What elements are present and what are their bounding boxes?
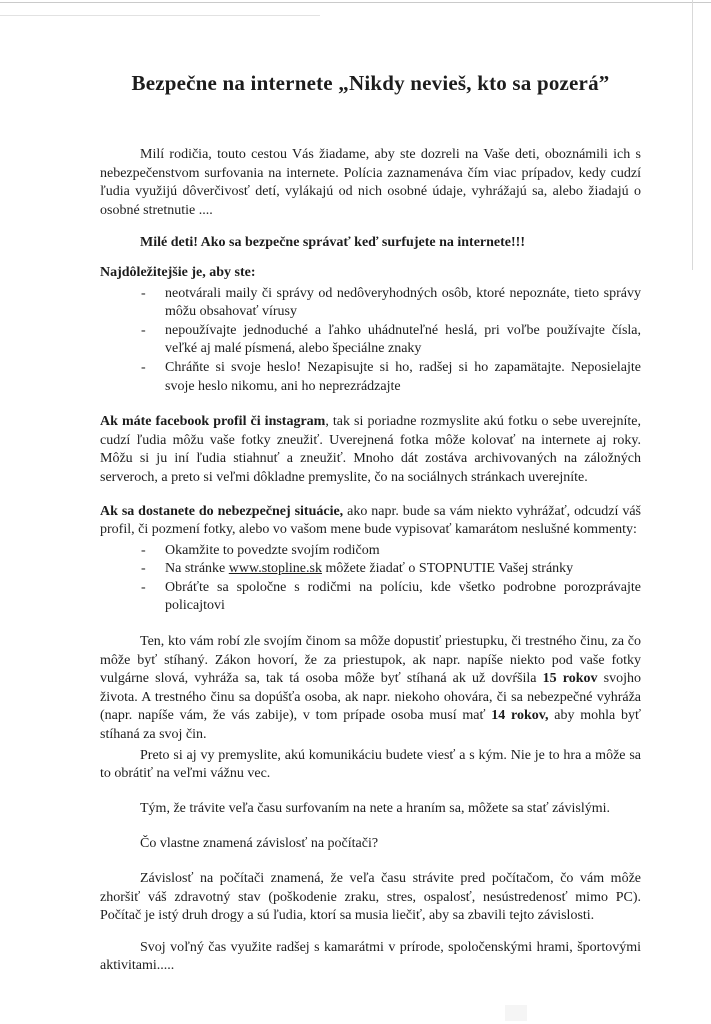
document-content: Bezpečne na internete „Nikdy nevieš, kto… — [100, 0, 641, 976]
danger-lead-bold: Ak sa dostanete do nebezpečnej situácie, — [100, 504, 343, 519]
facebook-lead-bold: Ak máte facebook profil či instagram — [100, 414, 325, 429]
danger-steps-list: Okamžite to povedzte svojím rodičom Na s… — [100, 542, 641, 616]
heading-most-important: Najdôležitejšie je, aby ste: — [100, 264, 641, 283]
list-item: Chráňte si svoje heslo! Nezapisujte si h… — [165, 359, 641, 396]
list-item: Obráťte sa spoločne s rodičmi na políciu… — [165, 579, 641, 616]
list-item: nepoužívajte jednoduché a ľahko uhádnute… — [165, 322, 641, 359]
step2-pre: Na stránke — [165, 561, 229, 576]
safety-tips-list: neotvárali maily či správy od nedôveryho… — [100, 285, 641, 397]
paragraph-think-communication: Preto si aj vy premyslite, akú komunikác… — [100, 747, 641, 784]
stopline-link[interactable]: www.stopline.sk — [229, 561, 322, 576]
list-item: neotvárali maily či správy od nedôveryho… — [165, 285, 641, 322]
paragraph-kids-callout: Milé deti! Ako sa bezpečne správať keď s… — [100, 234, 641, 253]
paragraph-addiction-question: Čo vlastne znamená závislosť na počítači… — [100, 835, 641, 854]
law-age-14-bold: 14 rokov, — [491, 708, 548, 723]
scan-artifact-smudge — [505, 1005, 527, 1021]
paragraph-law: Ten, kto vám robí zle svojím činom sa mô… — [100, 633, 641, 745]
paragraph-addiction-definition: Závislosť na počítači znamená, že veľa č… — [100, 870, 641, 926]
paragraph-free-time: Svoj voľný čas využite radšej s kamarátm… — [100, 939, 641, 976]
list-item: Na stránke www.stopline.sk môžete žiadať… — [165, 560, 641, 579]
paragraph-danger-situation: Ak sa dostanete do nebezpečnej situácie,… — [100, 503, 641, 540]
list-item: Okamžite to povedzte svojím rodičom — [165, 542, 641, 561]
step2-post: môžete žiadať o STOPNUTIE Vašej stránky — [322, 561, 573, 576]
paragraph-addiction-warning: Tým, že trávite veľa času surfovaním na … — [100, 800, 641, 819]
law-age-15-bold: 15 rokov — [543, 671, 598, 686]
scan-artifact-right-edge — [692, 0, 693, 270]
page-title: Bezpečne na internete „Nikdy nevieš, kto… — [100, 70, 641, 96]
scanned-document-page: Bezpečne na internete „Nikdy nevieš, kto… — [0, 0, 711, 1024]
paragraph-parents-intro: Milí rodičia, touto cestou Vás žiadame, … — [100, 146, 641, 220]
paragraph-facebook: Ak máte facebook profil či instagram, ta… — [100, 413, 641, 487]
